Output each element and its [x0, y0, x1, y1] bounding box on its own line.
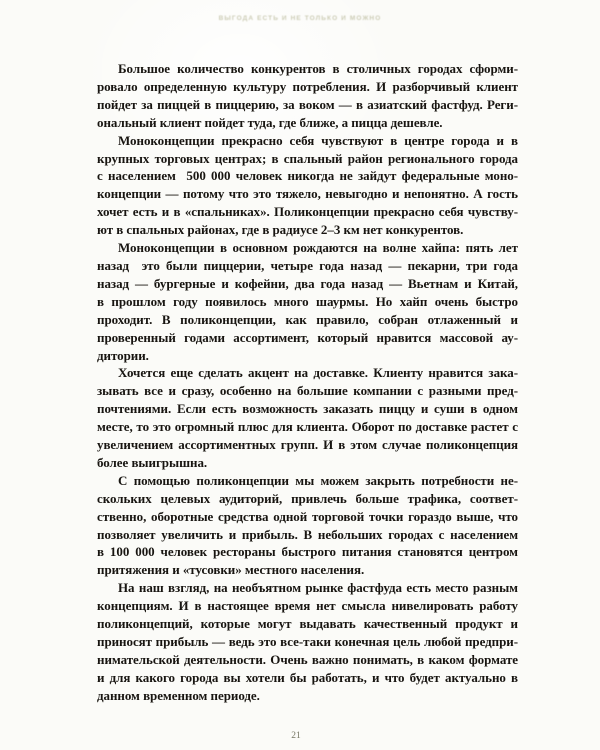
text-line: нимательской деятельности. Очень важно п…	[97, 651, 518, 669]
text-line: приносят прибыль — ведь это все-таки кон…	[97, 633, 518, 651]
text-line: позволяет увеличить и прибыль. В небольш…	[97, 526, 518, 544]
text-line: хочет есть и в «спальниках». Поликонцепц…	[97, 203, 518, 221]
text-line: почтениями. Если есть возможность заказа…	[97, 400, 518, 418]
text-line: концепции — потому что это тяжело, невыг…	[97, 185, 518, 203]
text-line: ют в спальных районах, где в радиусе 2–3…	[97, 221, 518, 239]
text-line: скольких целевых аудиторий, привлечь бол…	[97, 490, 518, 508]
text-line: и для какого города вы хотели бы работат…	[97, 669, 518, 687]
text-line: зывать все и сразу, особенно на большие …	[97, 382, 518, 400]
text-line: увеличением ассортиментных групп. И в эт…	[97, 436, 518, 454]
text-line: проверенный годами ассортимент, который …	[97, 329, 518, 347]
text-line: Моноконцепции в основном рождаются на во…	[97, 239, 518, 257]
text-line: На наш взгляд, на необъятном рынке фастф…	[97, 579, 518, 597]
text-line: более выигрышна.	[97, 454, 518, 472]
text-line: с населением 500 000 человек никогда не …	[97, 167, 518, 185]
paragraph: С помощью поликонцепции мы можем закрыть…	[97, 472, 518, 579]
text-line: ональный клиент пойдет туда, где ближе, …	[97, 114, 518, 132]
page-number: 21	[0, 731, 592, 741]
text-line: месте, то это огромный плюс для клиента.…	[97, 418, 518, 436]
text-line: ственно, оборотные средства одной торгов…	[97, 508, 518, 526]
paragraph: Большое количество конкурентов в столичн…	[97, 60, 518, 132]
text-line: С помощью поликонцепции мы можем закрыть…	[97, 472, 518, 490]
text-line: поликонцепций, которые могут выдавать ка…	[97, 615, 518, 633]
text-line: назад это были пиццерии, четыре года наз…	[97, 257, 518, 275]
text-line: назад — бургерные и кофейни, два года на…	[97, 275, 518, 293]
text-line: Хочется еще сделать акцент на доставке. …	[97, 364, 518, 382]
text-line: притяжения и «тусовки» местного населени…	[97, 561, 518, 579]
text-line: дитории.	[97, 347, 518, 365]
paragraph: Хочется еще сделать акцент на доставке. …	[97, 364, 518, 471]
text-block: Большое количество конкурентов в столичн…	[97, 60, 518, 705]
paragraph: Моноконцепции прекрасно себя чувствуют в…	[97, 132, 518, 239]
paragraph: Моноконцепции в основном рождаются на во…	[97, 239, 518, 364]
text-line: проходит. В поликонцепции, как правило, …	[97, 311, 518, 329]
text-line: в 100 000 человек рестораны быстрого пит…	[97, 543, 518, 561]
text-line: крупных торговых центрах; в спальный рай…	[97, 150, 518, 168]
text-line: в прошлом году появилось много шаурмы. Н…	[97, 293, 518, 311]
text-line: концепциям. И в настоящее время нет смыс…	[97, 597, 518, 615]
text-line: Большое количество конкурентов в столичн…	[97, 60, 518, 78]
paragraph: На наш взгляд, на необъятном рынке фастф…	[97, 579, 518, 704]
running-header: ВЫГОДА ЕСТЬ И НЕ ТОЛЬКО И МОЖНО	[0, 15, 600, 22]
book-page: ВЫГОДА ЕСТЬ И НЕ ТОЛЬКО И МОЖНО Большое …	[0, 0, 600, 750]
text-line: пойдет за пиццей в пиццерию, за воком — …	[97, 96, 518, 114]
text-line: данном временном периоде.	[97, 687, 518, 705]
text-line: ровало определенную культуру потребления…	[97, 78, 518, 96]
text-line: Моноконцепции прекрасно себя чувствуют в…	[97, 132, 518, 150]
